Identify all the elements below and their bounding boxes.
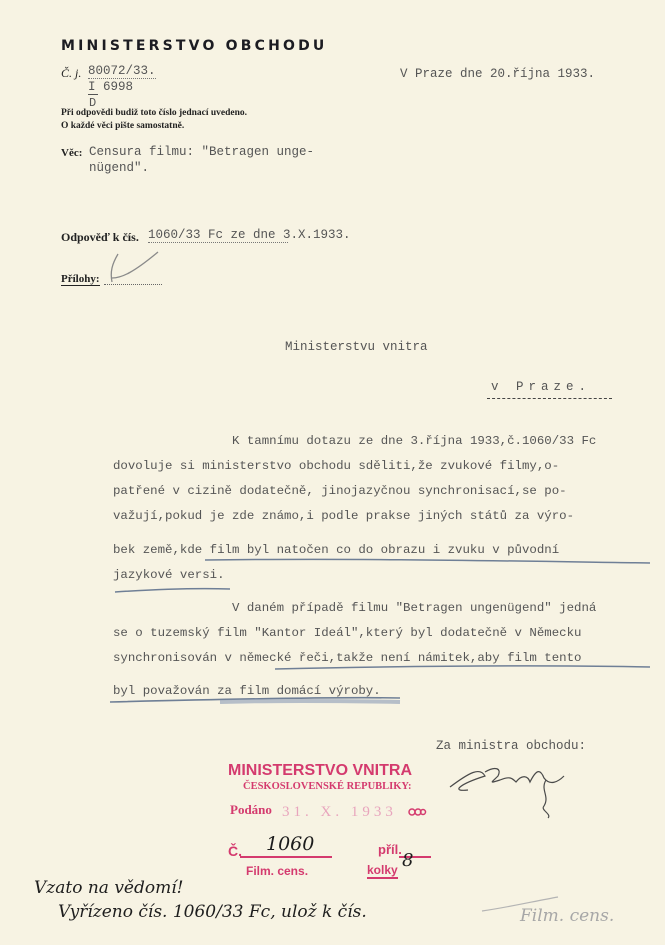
addressee-line-1: Ministerstvu vnitra [285,340,428,354]
addressee-line-2: v Praze. [491,380,591,394]
pencil-underlines [110,555,665,715]
reply-value: 1060/33 Fc ze dne 3.X.1933. [148,228,351,242]
stamp-number-value: 1060 [266,833,314,855]
signature-label: Za ministra obchodu: [436,739,586,753]
body-line-4: važují,pokud je zde známo,i podle prakse… [113,509,574,523]
subject-line-1: Censura filmu: "Betragen unge- [89,145,314,159]
handwritten-note-2: Vyřízeno čís. 1060/33 Fc, ulož k čís. [58,902,367,922]
body-line-1: K tamnímu dotazu ze dne 3.října 1933,č.1… [232,434,596,448]
addressee-dash-underline [487,398,612,399]
body-line-3: patřené v cizině dodatečně, jinojazyčnou… [113,484,567,498]
stamp-filed-label: Podáno [230,802,272,818]
attachments-label: Přílohy: [61,273,100,286]
subject-label: Věc: [61,147,82,159]
attachments-checkmark-icon [100,248,165,288]
stamp-ornament-icon [407,806,427,818]
reference-note-1: Při odpovědi budiž toto číslo jednací uv… [61,108,247,118]
reference-sub-number: I 6998 [88,80,133,94]
reply-dotted-line [148,242,288,243]
stamp-department: Film. cens. [246,864,308,878]
reference-number: 80072/33. [88,64,156,79]
stamp-revenue-stamps-label: kolky [367,863,398,879]
stamp-attachments-label: příl. [378,842,402,857]
handwritten-faint-note: Film. cens. [520,906,614,926]
stamp-revenue-stamps-value: 8 [402,850,413,871]
signature-icon [440,762,570,822]
ministry-letterhead: MINISTERSTVO OBCHODU [61,38,328,54]
reference-label: Č. j. [61,66,81,81]
handwritten-note-1: Vzato na vědomí! [34,878,184,898]
reference-note-2: O každé věci pište samostatně. [61,121,184,131]
stamp-number-line [240,856,332,858]
body-line-2: dovoluje si ministerstvo obchodu sděliti… [113,459,559,473]
date-line: V Praze dne 20.října 1933. [400,67,595,81]
stamp-title: MINISTERSTVO VNITRA [228,762,412,780]
stamp-filed-date: 31. X. 1933 [282,804,397,821]
subject-line-2: nügend". [89,161,149,175]
reply-label: Odpověď k čís. [61,230,139,245]
stamp-subtitle: ČESKOSLOVENSKÉ REPUBLIKY: [243,781,412,792]
reference-divider [88,94,98,95]
